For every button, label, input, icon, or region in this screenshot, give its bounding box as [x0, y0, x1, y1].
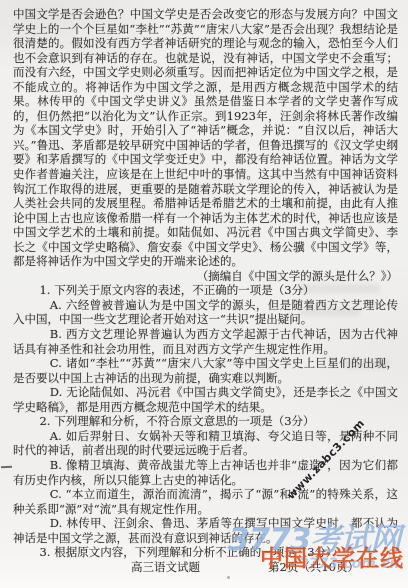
option-a-label: A. — [50, 298, 62, 312]
question-1-text: 下列关于原文内容的表述，不正确的一项是（3分） — [54, 283, 314, 297]
scan-bleedthrough-smudge — [298, 284, 380, 293]
scanned-exam-page: 中国文学是否会逊色？中国文学史是否会改变它的形态与发展方向？中国文学史上的一个个… — [0, 0, 408, 588]
question-2-text: 下列理解和分析，不符合原文意思的一项是（3分） — [54, 414, 314, 428]
reading-passage: 中国文学是否会逊色？中国文学史是否会改变它的形态与发展方向？中国文学史上的一个个… — [13, 7, 398, 269]
option-c-label: C. — [50, 487, 62, 501]
question-1-number: 1. — [39, 283, 50, 297]
scan-bleedthrough-smudge — [344, 360, 390, 368]
option-c-label: C. — [50, 356, 62, 370]
option-d-label: D. — [50, 516, 62, 530]
option-c-text: 诸如“李杜”“苏黄”“唐宋八大家”等中国文学史上巨星们的出现，是否要以中国上古神… — [13, 356, 398, 385]
watermark-org-name: 中国大学在线 — [260, 540, 404, 573]
passage-source-attribution: （摘编自《中国文学的源头是什么？》） — [13, 269, 398, 284]
option-b-label: B. — [50, 327, 62, 341]
scan-artifact-dash — [1, 466, 12, 469]
option-d-label: D. — [50, 385, 62, 399]
scan-artifact-dot — [227, 576, 230, 579]
question-1-option-d: D.无论陆侃如、冯沅君《中国古典文学简史》，还是李长之《中国文学史略稿》，都是用… — [13, 385, 398, 414]
option-a-label: A. — [50, 429, 62, 443]
exam-title: 高三语文试题 — [131, 560, 200, 575]
option-b-text: 西方文艺理论界普遍认为西方文学起源于古代神话，因为古代神话具有神圣性和社会功用性… — [13, 327, 398, 356]
question-2-option-b: B.像精卫填海、黄帝战蚩尤等上古神话也并非“虚造”，因为它们都有历史作内核，所以… — [13, 458, 398, 487]
question-1-option-b: B.西方文艺理论界普遍认为西方文学起源于古代神话，因为古代神话具有神圣性和社会功… — [13, 327, 398, 356]
option-b-text: 像精卫填海、黄帝战蚩尤等上古神话也并非“虚造”，因为它们都有历史作内核，所以只能… — [13, 458, 398, 487]
question-2-stem: 2.下列理解和分析，不符合原文意思的一项是（3分） — [13, 414, 398, 429]
scan-bleedthrough-smudge — [300, 308, 360, 316]
option-d-text: 无论陆侃如、冯沅君《中国古典文学简史》，还是李长之《中国文学史略稿》，都是用西方… — [13, 385, 398, 414]
question-3-number: 3. — [39, 545, 50, 559]
option-b-label: B. — [50, 458, 62, 472]
option-c-text: “本立而道生，源治而流清”，揭示了“源”和“流”的特殊关系，这种关系即“源”对“… — [13, 487, 398, 516]
question-2-number: 2. — [39, 414, 50, 428]
question-1-option-c: C.诸如“李杜”“苏黄”“唐宋八大家”等中国文学史上巨星们的出现，是否要以中国上… — [13, 356, 398, 385]
question-2-option-c: C.“本立而道生，源治而流清”，揭示了“源”和“流”的特殊关系，这种关系即“源”… — [13, 487, 398, 516]
